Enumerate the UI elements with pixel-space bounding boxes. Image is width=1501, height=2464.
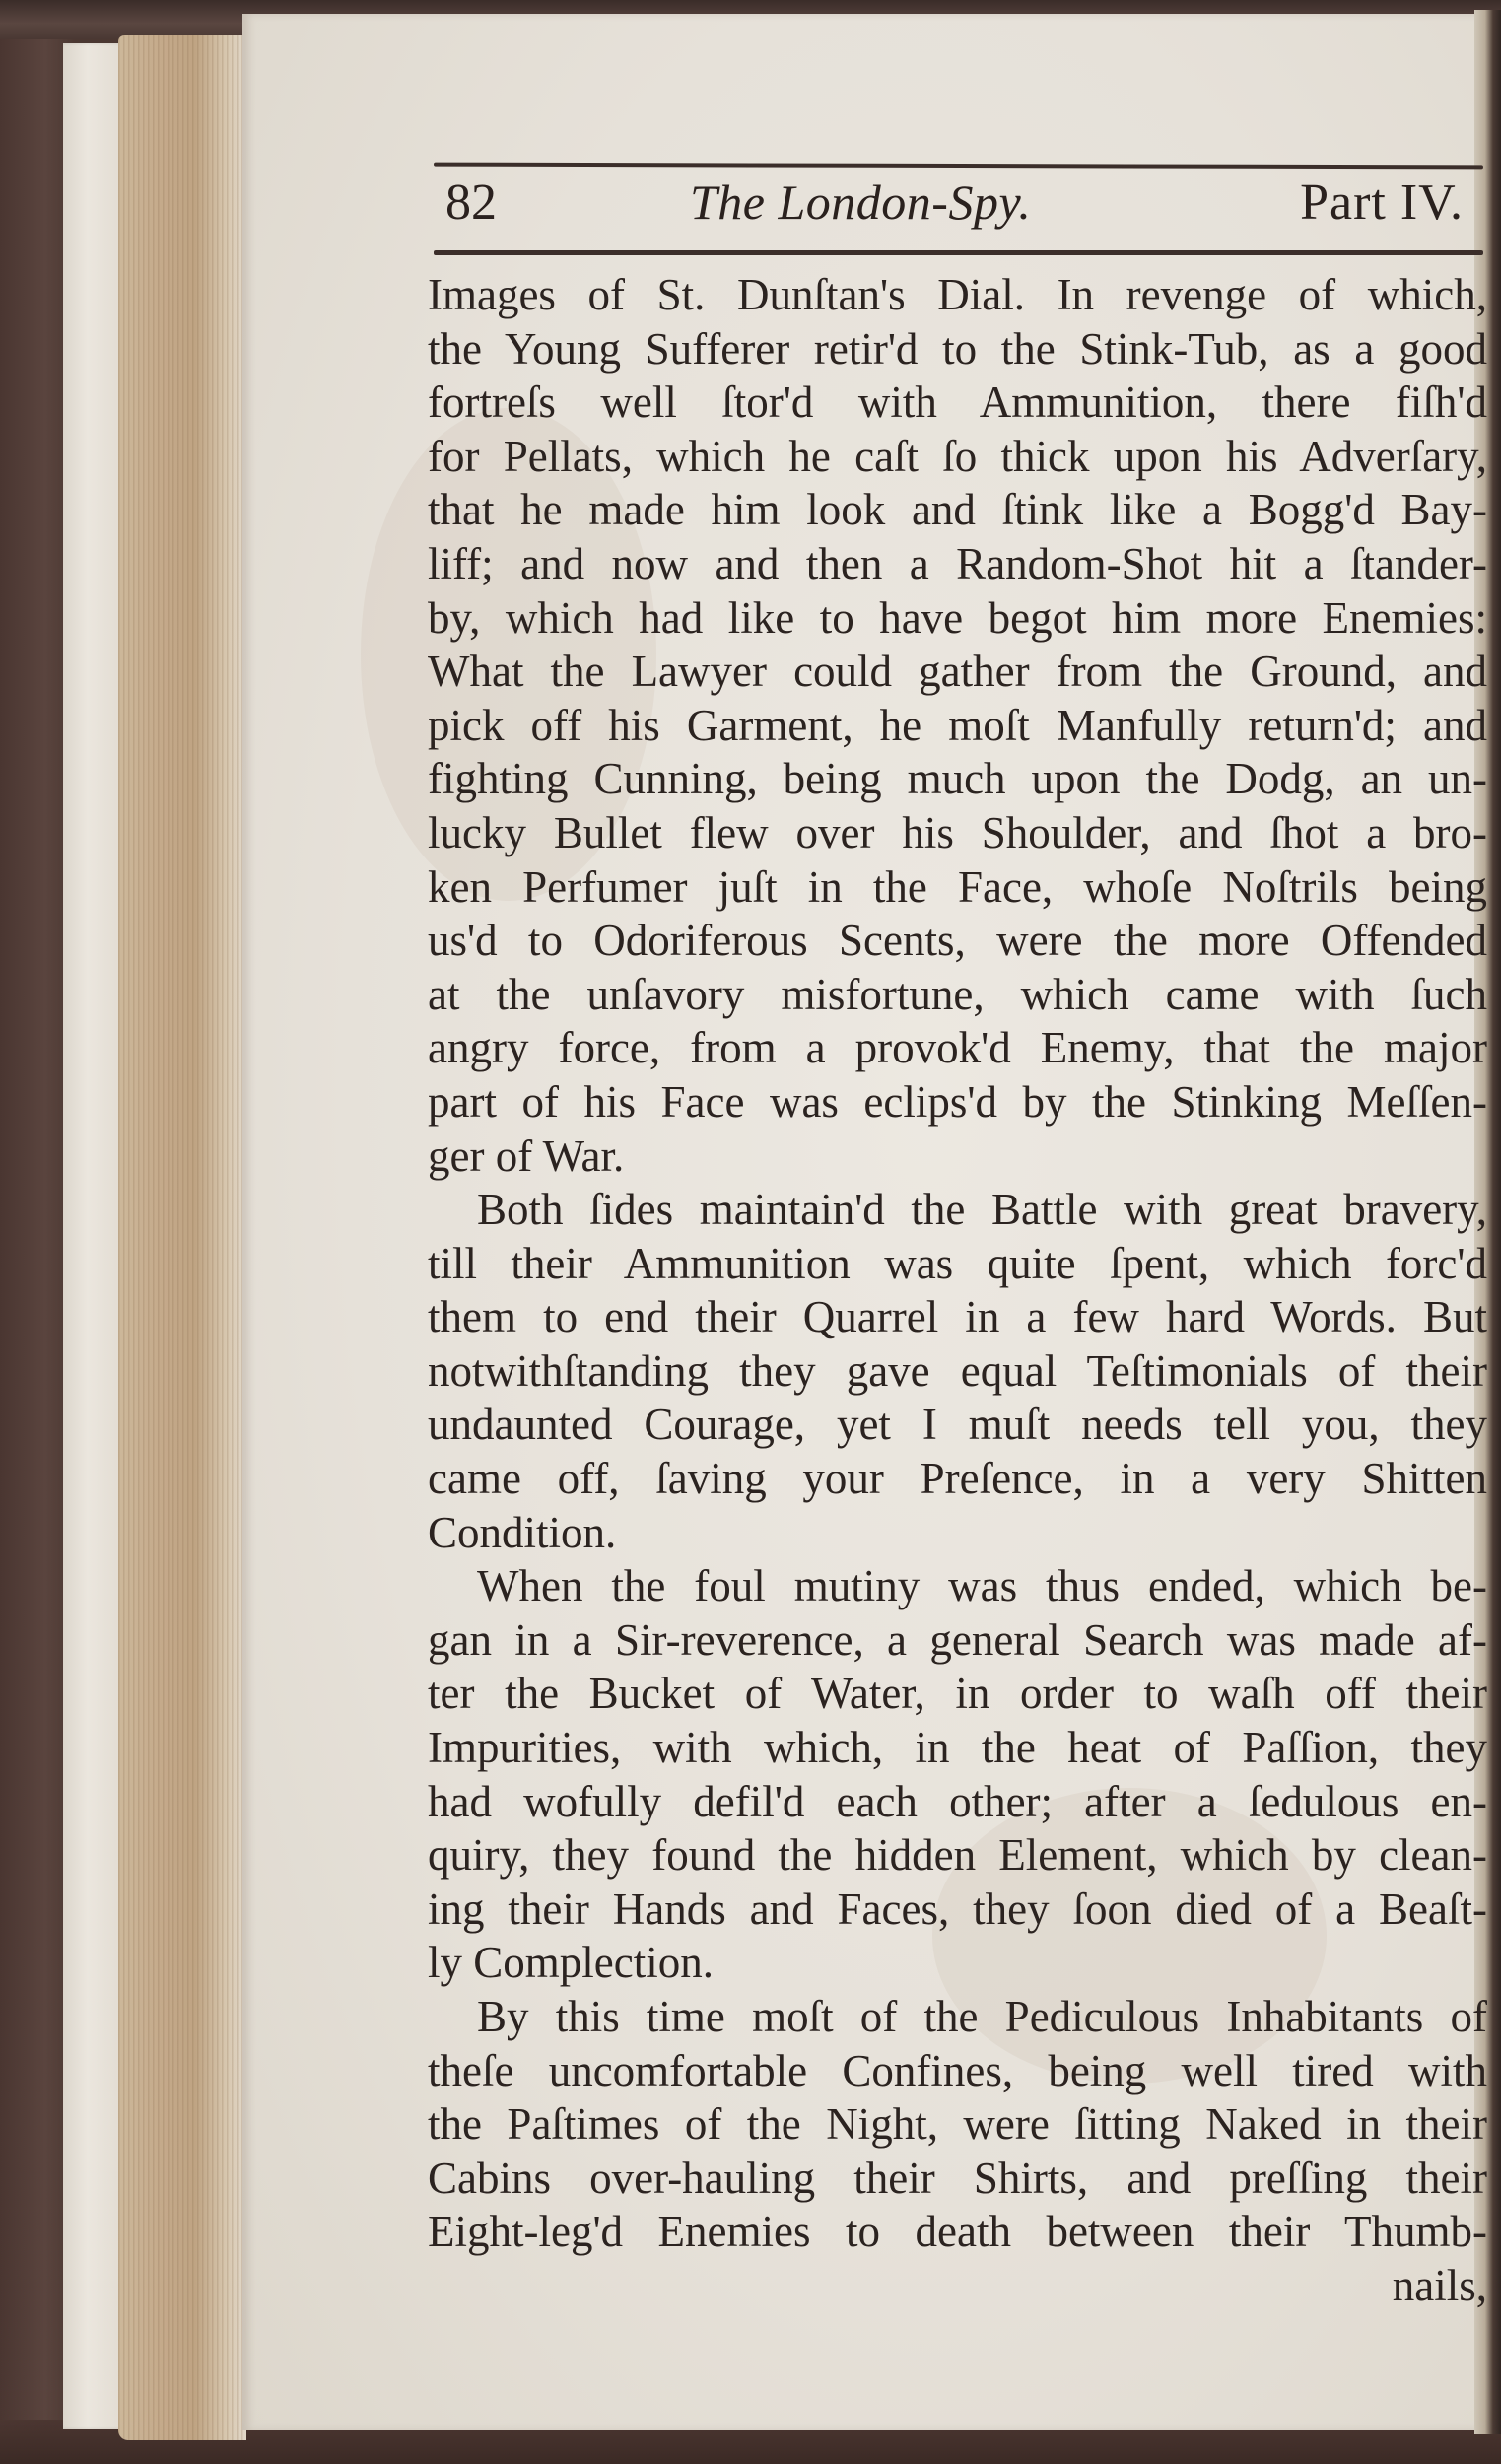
page-stack-edge (118, 35, 246, 2440)
text-line: When the foul mutiny was thus ended, whi… (428, 1559, 1487, 1613)
text-line: ly Complection. (428, 1936, 1487, 1990)
paragraph: Images of St. Dunſtan's Dial. In revenge… (428, 268, 1487, 1183)
text-line: What the Lawyer could gather from the Gr… (428, 645, 1487, 699)
text-line: pick off his Garment, he moſt Manfully r… (428, 699, 1487, 753)
text-line: for Pellats, which he caſt ſo thick upon… (428, 430, 1487, 484)
paragraph: When the foul mutiny was thus ended, whi… (428, 1559, 1487, 1990)
header-rule-bottom (434, 250, 1483, 255)
text-line: us'd to Odoriferous Scents, were the mor… (428, 914, 1487, 968)
text-line: Images of St. Dunſtan's Dial. In revenge… (428, 268, 1487, 322)
book-photograph: 82 The London-Spy. Part IV. Images of St… (0, 0, 1501, 2464)
text-line: quiry, they found the hidden Element, wh… (428, 1828, 1487, 1882)
text-line: Impurities, with which, in the heat of P… (428, 1721, 1487, 1775)
text-line: notwithſtanding they gave equal Teſtimon… (428, 1344, 1487, 1399)
body-text: Images of St. Dunſtan's Dial. In revenge… (428, 268, 1487, 2313)
text-line: fortreſs well ſtor'd with Ammunition, th… (428, 376, 1487, 430)
text-line: ken Perfumer juſt in the Face, whoſe Noſ… (428, 860, 1487, 915)
paragraph: Both ſides maintain'd the Battle with gr… (428, 1183, 1487, 1559)
text-line: Condition. (428, 1506, 1487, 1560)
text-line: the Young Sufferer retir'd to the Stink-… (428, 322, 1487, 376)
paragraph: By this time moſt of the Pediculous Inha… (428, 1990, 1487, 2259)
flyleaf (63, 43, 124, 2429)
text-line: had wofully defil'd each other; after a … (428, 1775, 1487, 1829)
part-label: Part IV. (1300, 173, 1464, 232)
catchword: nails, (428, 2259, 1487, 2313)
text-line: angry force, from a provok'd Enemy, that… (428, 1021, 1487, 1075)
text-line: undaunted Courage, yet I muſt needs tell… (428, 1398, 1487, 1452)
text-line: lucky Bullet flew over his Shoulder, and… (428, 806, 1487, 860)
text-line: By this time moſt of the Pediculous Inha… (428, 1990, 1487, 2044)
text-line: them to end their Quarrel in a few hard … (428, 1290, 1487, 1344)
running-title: The London-Spy. (690, 173, 1031, 231)
text-line: at the unſavory misfortune, which came w… (428, 968, 1487, 1022)
text-line: Both ſides maintain'd the Battle with gr… (428, 1183, 1487, 1237)
text-line: fighting Cunning, being much upon the Do… (428, 752, 1487, 806)
text-line: ger of War. (428, 1129, 1487, 1184)
text-line: ing their Hands and Faces, they ſoon die… (428, 1882, 1487, 1937)
text-line: part of his Face was eclips'd by the Sti… (428, 1075, 1487, 1129)
text-line: till their Ammunition was quite ſpent, w… (428, 1237, 1487, 1291)
text-line: the Paſtimes of the Night, were ſitting … (428, 2097, 1487, 2152)
text-line: ter the Bucket of Water, in order to waſ… (428, 1667, 1487, 1721)
text-line: Cabins over-hauling their Shirts, and pr… (428, 2152, 1487, 2206)
text-line: gan in a Sir-reverence, a general Search… (428, 1613, 1487, 1668)
text-line: by, which had like to have begot him mor… (428, 591, 1487, 646)
text-line: Eight-leg'd Enemies to death between the… (428, 2205, 1487, 2259)
text-line: liff; and now and then a Random-Shot hit… (428, 537, 1487, 591)
text-line: that he made him look and ſtink like a B… (428, 483, 1487, 537)
text-line: came off, ſaving your Preſence, in a ver… (428, 1452, 1487, 1506)
text-line: theſe uncomfortable Confines, being well… (428, 2044, 1487, 2098)
running-head: 82 The London-Spy. Part IV. (434, 170, 1483, 248)
page-number: 82 (445, 173, 497, 232)
